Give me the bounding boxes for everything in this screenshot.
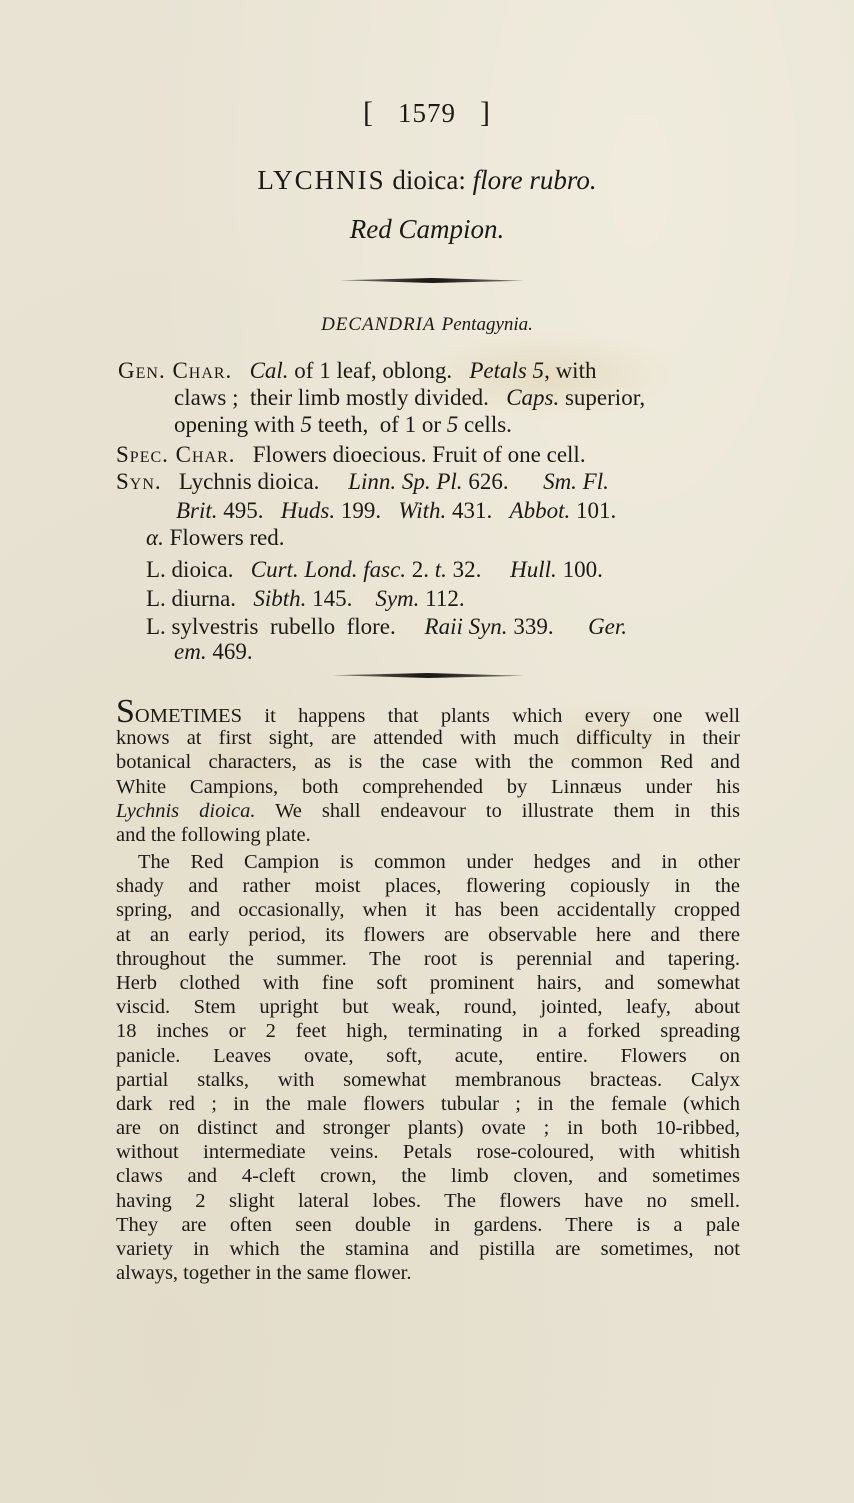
text-run: 18 inches or 2 feet high, terminating in… — [116, 1020, 740, 1042]
text-line: White Campions, both comprehended by Lin… — [116, 775, 740, 799]
text-run: , with — [544, 358, 596, 383]
text-run: The Red Campion is common under hedges a… — [138, 851, 740, 873]
variety-line: L. diurna. Sibth. 145. Sym. 112. — [146, 585, 465, 613]
text-run: partial stalks, with somewhat membranous… — [116, 1069, 740, 1091]
document-page: [1579] LYCHNIS dioica: flore rubro. Red … — [0, 0, 854, 1503]
text-line: shady and rather moist places, flowering… — [116, 874, 740, 898]
ornamental-rule — [332, 673, 524, 678]
page-number-value: 1579 — [398, 98, 456, 128]
text-run: 2. — [406, 557, 435, 582]
text-run: 199. — [335, 498, 398, 523]
text-run: are on distinct and stronger plants) ova… — [116, 1117, 740, 1139]
text-line: knows at first sight, are attended with … — [116, 726, 740, 750]
text-run: claws ; their limb mostly divided. — [174, 385, 506, 410]
text-run: Lychnis dioica. — [179, 469, 348, 494]
italic-citation: Raii Syn. — [425, 614, 508, 639]
text-line: Herb clothed with fine soft prominent ha… — [116, 971, 740, 995]
italic-citation: Petals 5 — [469, 358, 544, 383]
italic-citation: t. — [435, 557, 447, 582]
gen-char-line: opening with 5 teeth, of 1 or 5 cells. — [174, 411, 512, 439]
spec-char-text: Flowers dioecious. Fruit of one cell. — [253, 442, 586, 467]
text-run: OMETIMES it happens that plants which ev… — [135, 705, 740, 727]
text-line: Lychnis dioica. We shall endeavour to il… — [116, 799, 740, 823]
text-run: botanical characters, as is the case wit… — [116, 751, 740, 773]
italic-citation: Hull. — [510, 557, 557, 582]
text-run: They are often seen double in gardens. T… — [116, 1214, 740, 1236]
italic-citation: Brit. — [176, 498, 218, 523]
italic-citation: Huds. — [281, 498, 335, 523]
text-run: variety in which the stamina and pistill… — [116, 1238, 740, 1260]
gen-char-line: claws ; their limb mostly divided. Caps.… — [174, 384, 645, 412]
text-run: teeth, of 1 or — [312, 412, 447, 437]
text-line: variety in which the stamina and pistill… — [116, 1237, 740, 1261]
text-line: without intermediate veins. Petals rose-… — [116, 1140, 740, 1164]
italic-citation: 5 — [301, 412, 313, 437]
text-run: 431. — [446, 498, 509, 523]
text-run: 32. — [447, 557, 510, 582]
italic-text: Lychnis dioica. — [116, 800, 256, 822]
specific-character: Spec. Char. Flowers dioecious. Fruit of … — [116, 441, 586, 469]
text-run: without intermediate veins. Petals rose-… — [116, 1141, 740, 1163]
text-run: viscid. Stem upright but weak, round, jo… — [116, 996, 740, 1018]
description-paragraph-1: SOMETIMES it happens that plants which e… — [116, 702, 740, 847]
drop-cap: S — [116, 693, 135, 730]
page-title: LYCHNIS dioica: flore rubro. — [0, 165, 854, 196]
text-run: throughout the summer. The root is peren… — [116, 948, 740, 970]
text-line: having 2 slight lateral lobes. The flowe… — [116, 1189, 740, 1213]
text-line: and the following plate. — [116, 823, 740, 847]
italic-citation: α. — [146, 525, 164, 550]
variety-line: α. Flowers red. — [146, 524, 285, 552]
text-run: 100. — [557, 557, 603, 582]
text-run: 339. — [508, 614, 589, 639]
text-run: 495. — [218, 498, 281, 523]
italic-citation: Sym. — [375, 586, 419, 611]
linnaean-classification: DECANDRIAPentagynia. — [0, 314, 854, 336]
text-run: of 1 leaf, oblong. — [289, 358, 470, 383]
gen-char-label: Gen. Char. — [118, 358, 232, 383]
text-line: SOMETIMES it happens that plants which e… — [116, 702, 740, 726]
text-run: opening with — [174, 412, 301, 437]
italic-citation: em. — [174, 639, 207, 664]
text-line: panicle. Leaves ovate, soft, acute, enti… — [116, 1044, 740, 1068]
common-name: Red Campion. — [0, 214, 854, 245]
variety-line: em. 469. — [174, 638, 253, 666]
text-line: They are often seen double in gardens. T… — [116, 1213, 740, 1237]
title-species: dioica: — [392, 165, 465, 195]
synonyms-line: Syn. Lychnis dioica. Linn. Sp. Pl. 626. … — [116, 468, 609, 496]
text-run: panicle. Leaves ovate, soft, acute, enti… — [116, 1045, 740, 1067]
italic-citation: Abbot. — [510, 498, 571, 523]
text-line: dark red ; in the male flowers tubular ;… — [116, 1092, 740, 1116]
text-line: botanical characters, as is the case wit… — [116, 750, 740, 774]
italic-citation: Sibth. — [253, 586, 306, 611]
text-run: Herb clothed with fine soft prominent ha… — [116, 972, 740, 994]
spec-char-label: Spec. Char. — [116, 442, 236, 467]
italic-citation: Caps. — [506, 385, 559, 410]
syn-line: Brit. 495. Huds. 199. With. 431. Abbot. … — [176, 497, 616, 525]
italic-citation: Cal. — [250, 358, 289, 383]
bracket-close: ] — [480, 96, 491, 129]
text-line: claws and 4-cleft crown, the limb cloven… — [116, 1164, 740, 1188]
text-line: are on distinct and stronger plants) ova… — [116, 1116, 740, 1140]
text-line: throughout the summer. The root is peren… — [116, 947, 740, 971]
bracket-open: [ — [363, 96, 374, 129]
generic-character-label-line: Gen. Char. Cal. of 1 leaf, oblong. Petal… — [118, 357, 596, 385]
text-run: at an early period, its flowers are obse… — [116, 924, 740, 946]
text-run: claws and 4-cleft crown, the limb cloven… — [116, 1165, 740, 1187]
italic-citation: Sm. Fl. — [543, 469, 609, 494]
text-run: White Campions, both comprehended by Lin… — [116, 776, 740, 798]
text-line: viscid. Stem upright but weak, round, jo… — [116, 995, 740, 1019]
text-run: 101. — [570, 498, 616, 523]
italic-citation: Ger. — [588, 614, 627, 639]
italic-citation: Linn. Sp. Pl. — [348, 469, 462, 494]
text-run: always, together in the same flower. — [116, 1262, 411, 1284]
text-run: and the following plate. — [116, 824, 311, 846]
text-run: knows at first sight, are attended with … — [116, 727, 740, 749]
italic-citation: With. — [398, 498, 446, 523]
text-run: L. sylvestris rubello flore. — [146, 614, 425, 639]
variety-line: L. sylvestris rubello flore. Raii Syn. 3… — [146, 613, 627, 641]
text-run: We shall endeavour to illustrate them in… — [256, 800, 741, 822]
text-run: spring, and occasionally, when it has be… — [116, 899, 740, 921]
ornamental-rule — [340, 278, 524, 283]
description-paragraph-2: The Red Campion is common under hedges a… — [116, 850, 740, 1285]
syn-label: Syn. — [116, 469, 162, 494]
text-run: 626. — [463, 469, 544, 494]
text-line: at an early period, its flowers are obse… — [116, 923, 740, 947]
text-line: 18 inches or 2 feet high, terminating in… — [116, 1019, 740, 1043]
text-run: shady and rather moist places, flowering… — [116, 875, 740, 897]
text-run: 469. — [207, 639, 253, 664]
text-run: L. diurna. — [146, 586, 253, 611]
class-name: DECANDRIA — [321, 314, 436, 335]
text-line: spring, and occasionally, when it has be… — [116, 898, 740, 922]
italic-citation: 5 — [447, 412, 459, 437]
title-genus: LYCHNIS — [257, 165, 385, 195]
text-run: 112. — [419, 586, 464, 611]
text-run: having 2 slight lateral lobes. The flowe… — [116, 1190, 740, 1212]
text-run: Flowers red. — [164, 525, 285, 550]
text-run: cells. — [458, 412, 512, 437]
gen-char-line: Cal. of 1 leaf, oblong. Petals 5, with — [250, 358, 597, 383]
text-run: 145. — [306, 586, 375, 611]
text-line: The Red Campion is common under hedges a… — [116, 850, 740, 874]
italic-citation: Curt. Lond. fasc. — [251, 557, 406, 582]
variety-line: L. dioica. Curt. Lond. fasc. 2. t. 32. H… — [146, 556, 603, 584]
page-number: [1579] — [0, 96, 854, 130]
text-line: partial stalks, with somewhat membranous… — [116, 1068, 740, 1092]
text-run: L. dioica. — [146, 557, 251, 582]
title-variety: flore rubro. — [473, 165, 597, 195]
text-run: dark red ; in the male flowers tubular ;… — [116, 1093, 740, 1115]
syn-line: Lychnis dioica. Linn. Sp. Pl. 626. Sm. F… — [179, 469, 609, 494]
text-run: superior, — [559, 385, 645, 410]
text-line: always, together in the same flower. — [116, 1261, 740, 1285]
order-name: Pentagynia. — [442, 314, 533, 335]
